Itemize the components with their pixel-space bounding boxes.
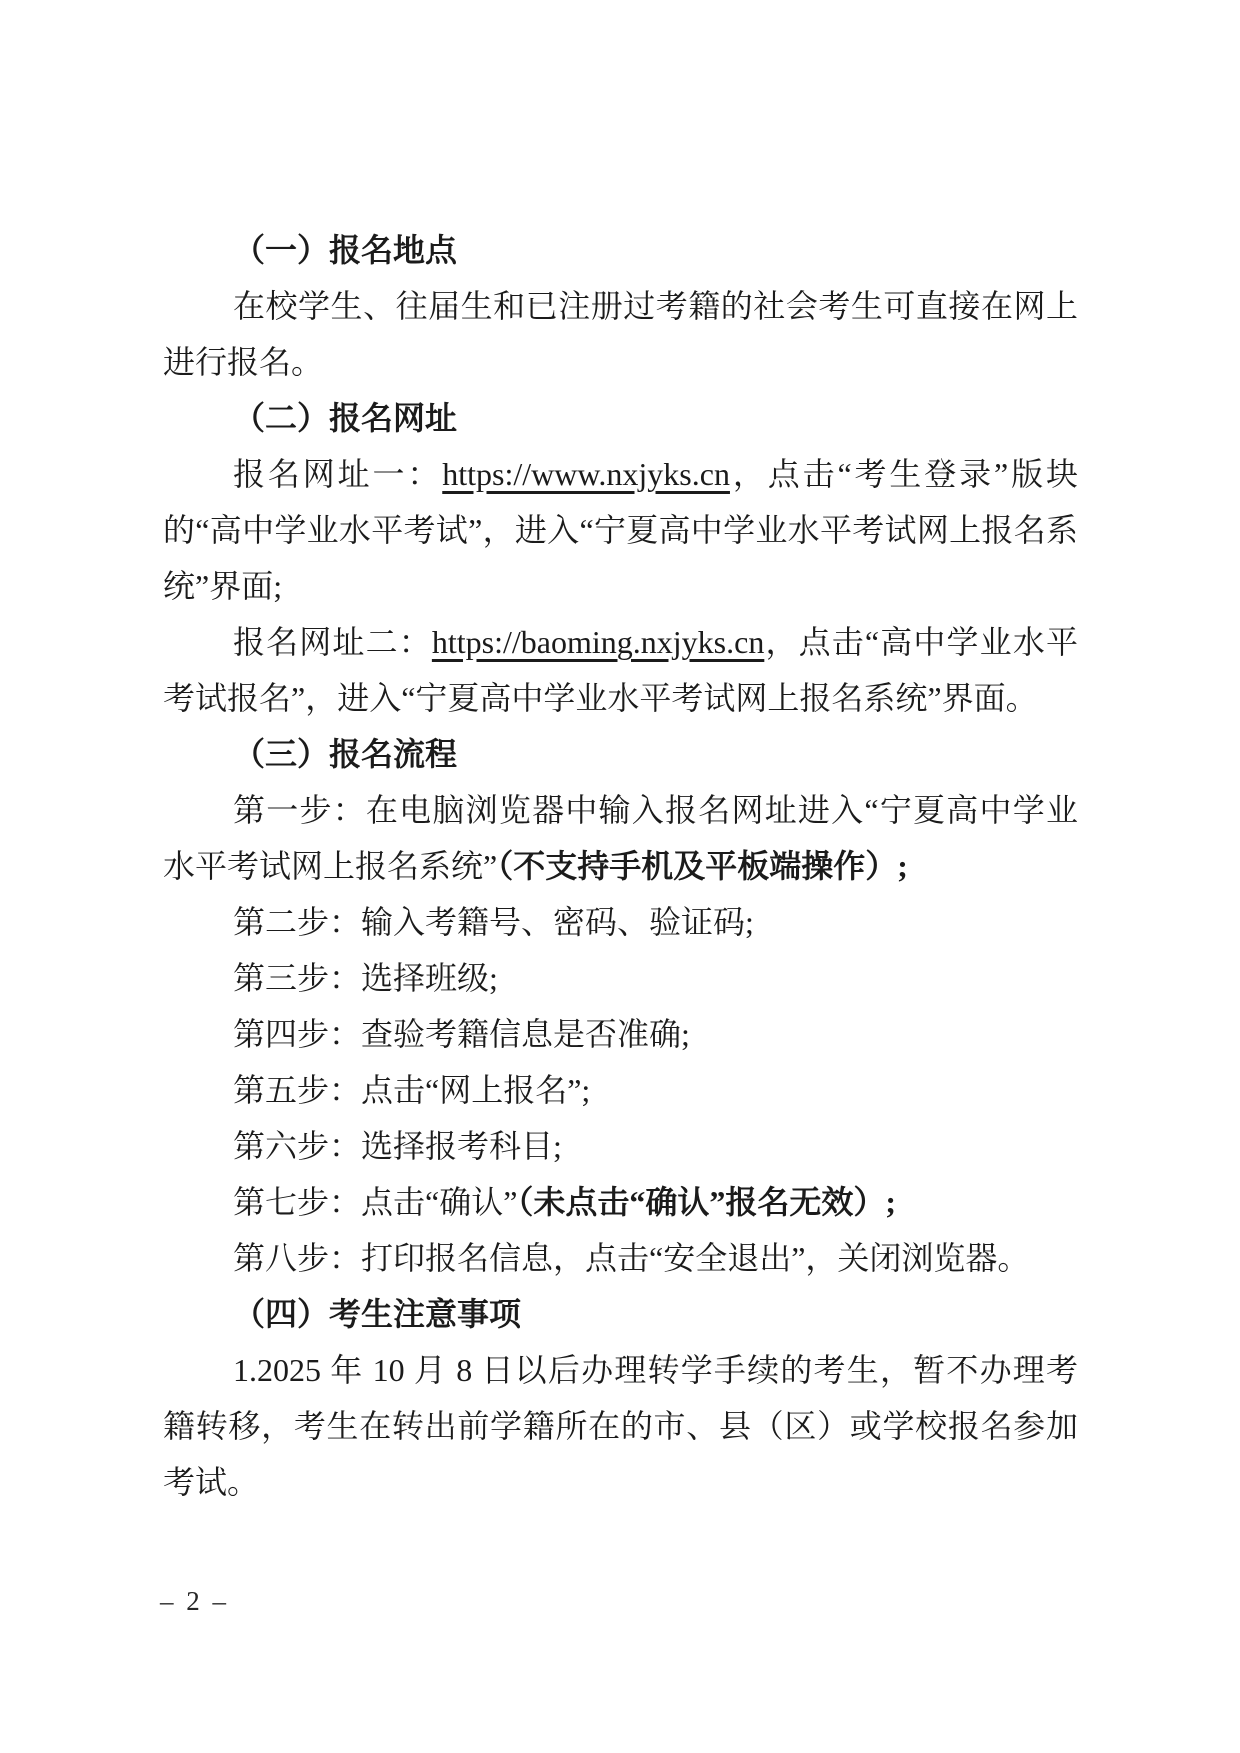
step6-paragraph: 第六步：选择报考科目; (163, 1118, 1078, 1174)
page-number: – 2 – (160, 1586, 229, 1617)
step2-paragraph: 第二步：输入考籍号、密码、验证码; (163, 894, 1078, 950)
step7-paragraph: 第七步：点击“确认”（未点击“确认”报名无效）; (163, 1174, 1078, 1230)
step7-bold-note: （未点击“确认”报名无效）; (517, 1184, 896, 1220)
registration-url2-paragraph: 报名网址二：https://baoming.nxjyks.cn，点击“高中学业水… (163, 614, 1078, 726)
section2-heading: （二）报名网址 (163, 390, 1078, 446)
step1-paragraph: 第一步：在电脑浏览器中输入报名网址进入“宁夏高中学业水平考试网上报名系统”（不支… (163, 782, 1078, 894)
step4-paragraph: 第四步：查验考籍信息是否准确; (163, 1006, 1078, 1062)
url1-prefix: 报名网址一： (233, 456, 442, 492)
registration-url1-paragraph: 报名网址一：https://www.nxjyks.cn，点击“考生登录”版块的“… (163, 446, 1078, 614)
step8-paragraph: 第八步：打印报名信息，点击“安全退出”，关闭浏览器。 (163, 1230, 1078, 1286)
url2-link[interactable]: https://baoming.nxjyks.cn (432, 624, 764, 660)
document-content: （一）报名地点 在校学生、往届生和已注册过考籍的社会考生可直接在网上进行报名。 … (163, 222, 1078, 1510)
url1-link[interactable]: https://www.nxjyks.cn (442, 456, 730, 492)
section3-heading: （三）报名流程 (163, 726, 1078, 782)
section4-note1-paragraph: 1.2025 年 10 月 8 日以后办理转学手续的考生，暂不办理考籍转移，考生… (163, 1342, 1078, 1510)
section4-heading: （四）考生注意事项 (163, 1286, 1078, 1342)
section1-paragraph: 在校学生、往届生和已注册过考籍的社会考生可直接在网上进行报名。 (163, 278, 1078, 390)
step1-bold-note: （不支持手机及平板端操作）; (497, 848, 908, 884)
url2-prefix: 报名网址二： (233, 624, 432, 660)
step3-paragraph: 第三步：选择班级; (163, 950, 1078, 1006)
document-page: （一）报名地点 在校学生、往届生和已注册过考籍的社会考生可直接在网上进行报名。 … (0, 0, 1240, 1753)
step5-paragraph: 第五步：点击“网上报名”; (163, 1062, 1078, 1118)
step7-text: 第七步：点击“确认” (233, 1184, 517, 1220)
section1-heading: （一）报名地点 (163, 222, 1078, 278)
